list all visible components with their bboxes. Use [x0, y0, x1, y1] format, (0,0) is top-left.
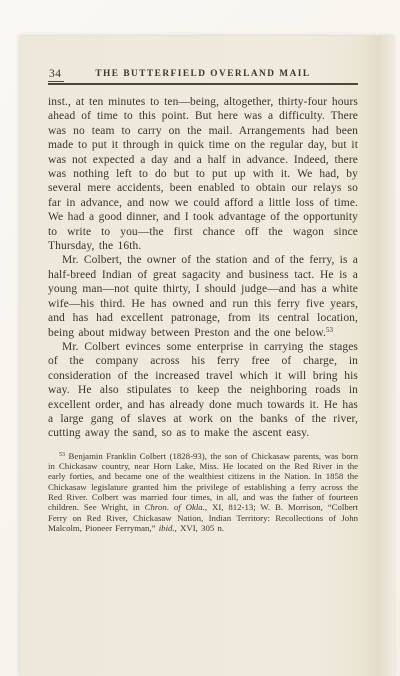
paragraph-1-text: inst., at ten minutes to ten—being, alto…	[48, 96, 358, 252]
paragraph-2-text: Mr. Colbert, the owner of the station an…	[48, 254, 358, 338]
scan-background: 34 THE BUTTERFIELD OVERLAND MAIL inst., …	[0, 0, 400, 676]
footnote-marker: 53	[59, 452, 65, 458]
book-page: 34 THE BUTTERFIELD OVERLAND MAIL inst., …	[20, 36, 394, 676]
page-header: 34 THE BUTTERFIELD OVERLAND MAIL	[48, 68, 358, 85]
running-head: THE BUTTERFIELD OVERLAND MAIL	[48, 69, 358, 79]
paragraph-1: inst., at ten minutes to ten—being, alto…	[48, 95, 358, 253]
footnote-segment-4-italic: ibid.	[159, 523, 175, 533]
page-content: 34 THE BUTTERFIELD OVERLAND MAIL inst., …	[48, 68, 358, 533]
body-text: inst., at ten minutes to ten—being, alto…	[48, 95, 358, 441]
paragraph-2: Mr. Colbert, the owner of the station an…	[48, 253, 358, 339]
footnote-reference: 53	[326, 326, 333, 334]
paragraph-3: Mr. Colbert evinces some enterprise in c…	[48, 340, 358, 441]
footnote-segment-2-italic: Chron. of Okla.	[145, 502, 205, 512]
footnote-segment-5: , XVI, 305 n.	[175, 523, 224, 533]
paragraph-3-text: Mr. Colbert evinces some enterprise in c…	[48, 341, 358, 439]
footnote: 53 Benjamin Franklin Colbert (1828-93), …	[48, 451, 358, 533]
